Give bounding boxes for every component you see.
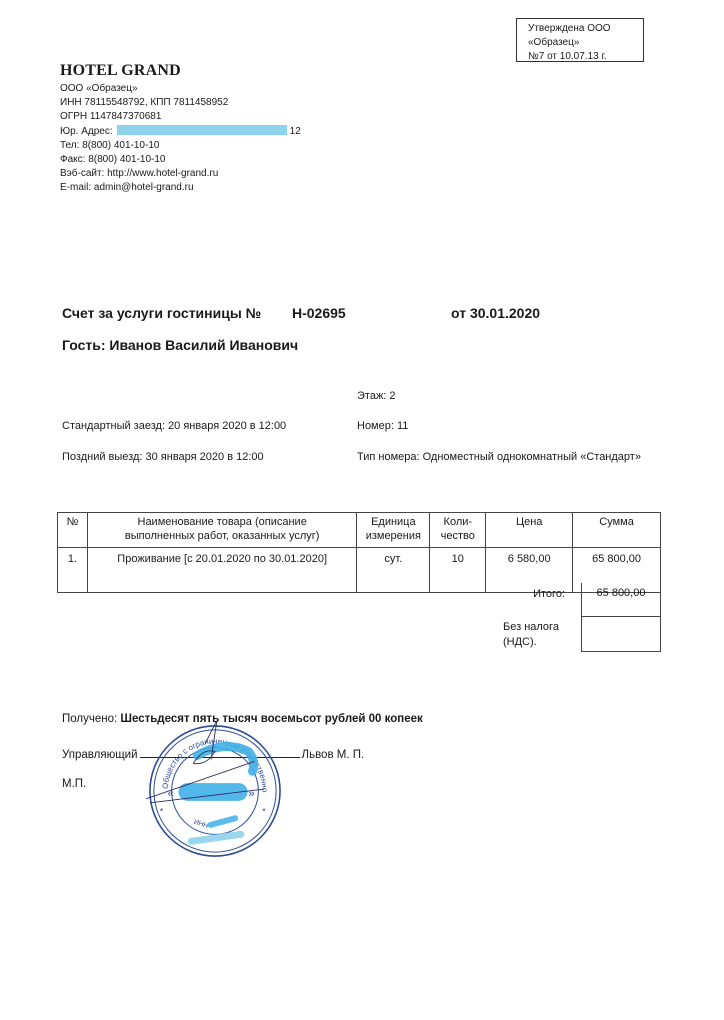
stamp-redaction xyxy=(197,747,254,772)
hotel-name: HOTEL GRAND xyxy=(60,62,181,80)
total-label: Итого: xyxy=(510,588,565,600)
hotel-email: E-mail: admin@hotel-grand.ru xyxy=(60,181,301,195)
tax-label-line: (НДС). xyxy=(503,635,559,650)
header-no: № xyxy=(58,513,88,548)
header-unit-line: измерения xyxy=(360,529,426,543)
svg-text:»: » xyxy=(249,788,255,800)
invoice-number: Н-02695 xyxy=(292,305,346,321)
header-unit: Единица измерения xyxy=(357,513,430,548)
cell-unit: сут. xyxy=(357,548,430,593)
hotel-details: ООО «Образец» ИНН 78115548792, КПП 78114… xyxy=(60,82,301,196)
guest-name: Гость: Иванов Василий Иванович xyxy=(62,337,298,353)
checkin-info: Стандартный заезд: 20 января 2020 в 12:0… xyxy=(62,420,286,432)
cell-price: 6 580,00 xyxy=(486,548,573,593)
approval-line: «Образец» xyxy=(528,36,643,50)
total-value: 65 800,00 xyxy=(581,583,661,617)
company-stamp: Общество с ограниченной ответственностью… xyxy=(146,722,284,860)
header-name-line: выполненных работ, оказанных услуг) xyxy=(91,529,353,543)
header-price: Цена xyxy=(486,513,573,548)
hotel-address: Юр. Адрес:12 xyxy=(60,125,301,139)
stamp-inn-text: ИНН xyxy=(193,819,209,830)
manager-label: Управляющий xyxy=(62,749,138,761)
hotel-inn-kpp: ИНН 78115548792, КПП 7811458952 xyxy=(60,96,301,110)
room-info: Номер: 11 xyxy=(357,420,408,432)
cell-no: 1. xyxy=(58,548,88,593)
invoice-title: Счет за услуги гостиницы № xyxy=(62,305,261,321)
header-qty: Коли- чество xyxy=(430,513,486,548)
approval-line: Утверждена ООО xyxy=(528,22,643,36)
header-unit-line: Единица xyxy=(360,515,426,529)
header-name-line: Наименование товара (описание xyxy=(91,515,353,529)
hotel-fax: Факс: 8(800) 401-10-10 xyxy=(60,153,301,167)
cell-name: Проживание [с 20.01.2020 по 30.01.2020] xyxy=(87,548,356,593)
items-table: № Наименование товара (описание выполнен… xyxy=(57,512,661,593)
svg-text:*: * xyxy=(160,807,164,817)
hotel-website: Вэб-сайт: http://www.hotel-grand.ru xyxy=(60,167,301,181)
cell-qty: 10 xyxy=(430,548,486,593)
seal-label: М.П. xyxy=(62,778,86,790)
header-qty-line: чество xyxy=(433,529,482,543)
table-header-row: № Наименование товара (описание выполнен… xyxy=(58,513,661,548)
floor-info: Этаж: 2 xyxy=(357,390,396,402)
address-redaction xyxy=(117,125,287,135)
invoice-date: от 30.01.2020 xyxy=(451,305,540,321)
header-sum: Сумма xyxy=(573,513,661,548)
address-tail: 12 xyxy=(290,126,301,137)
tax-value xyxy=(581,617,661,652)
tax-label: Без налога (НДС). xyxy=(503,620,559,650)
header-qty-line: Коли- xyxy=(433,515,482,529)
tax-label-line: Без налога xyxy=(503,620,559,635)
approval-box: Утверждена ООО «Образец» №7 от 10.07.13 … xyxy=(516,18,644,62)
svg-text:*: * xyxy=(262,807,266,817)
checkout-info: Поздний выезд: 30 января 2020 в 12:00 xyxy=(62,451,264,463)
header-name: Наименование товара (описание выполненны… xyxy=(87,513,356,548)
room-type-info: Тип номера: Одноместный однокомнатный «С… xyxy=(357,451,641,463)
hotel-ogrn: ОГРН 1147847370681 xyxy=(60,110,301,124)
approval-line: №7 от 10.07.13 г. xyxy=(528,50,643,64)
hotel-phone: Тел: 8(800) 401-10-10 xyxy=(60,139,301,153)
received-label: Получено: xyxy=(62,713,117,725)
hotel-org: ООО «Образец» xyxy=(60,82,301,96)
table-row: 1. Проживание [с 20.01.2020 по 30.01.202… xyxy=(58,548,661,593)
manager-name: Львов М. П. xyxy=(302,749,365,761)
address-label: Юр. Адрес: xyxy=(60,126,113,137)
